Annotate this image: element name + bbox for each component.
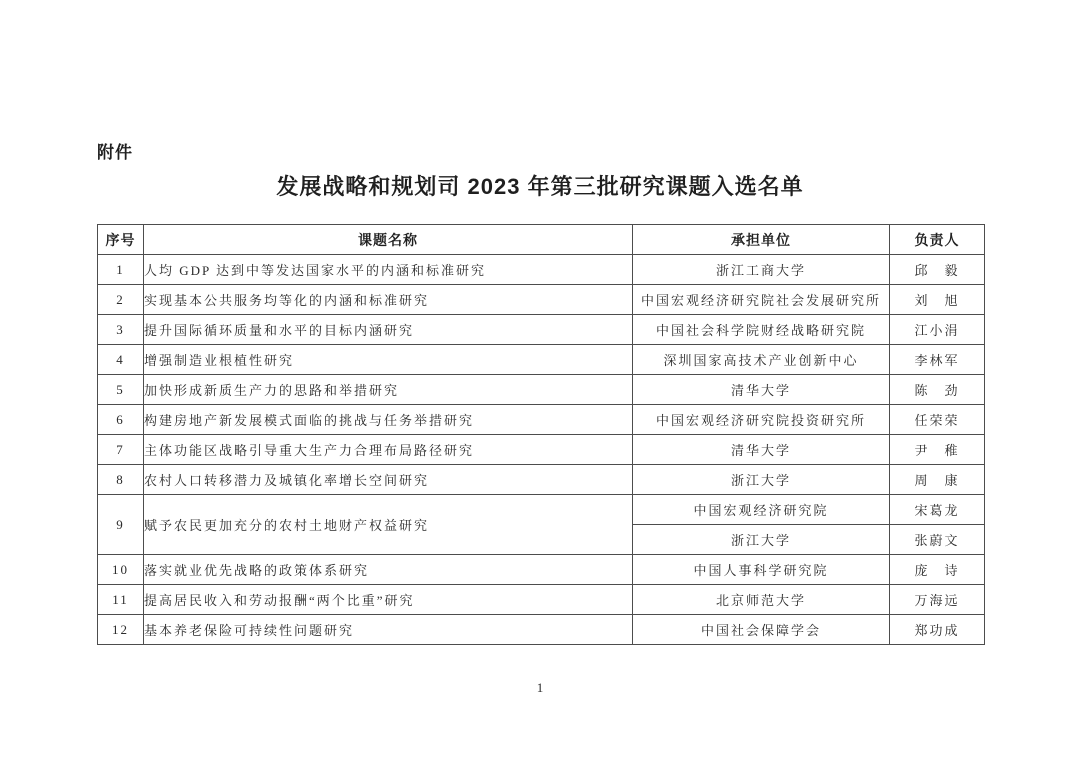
table-row: 1 人均 GDP 达到中等发达国家水平的内涵和标准研究 浙江工商大学 邱 毅 [98, 255, 985, 285]
unit-cell: 深圳国家高技术产业创新中心 [633, 345, 890, 375]
topics-table: 序号 课题名称 承担单位 负责人 1 人均 GDP 达到中等发达国家水平的内涵和… [97, 224, 985, 645]
serial-cell: 5 [98, 375, 144, 405]
serial-cell: 8 [98, 465, 144, 495]
lead-cell: 江小涓 [890, 315, 985, 345]
serial-cell: 2 [98, 285, 144, 315]
topic-cell: 落实就业优先战略的政策体系研究 [144, 555, 633, 585]
serial-cell: 10 [98, 555, 144, 585]
unit-cell: 中国宏观经济研究院投资研究所 [633, 405, 890, 435]
unit-cell: 浙江大学 [633, 465, 890, 495]
lead-cell: 刘 旭 [890, 285, 985, 315]
topic-cell: 人均 GDP 达到中等发达国家水平的内涵和标准研究 [144, 255, 633, 285]
unit-cell: 中国社会科学院财经战略研究院 [633, 315, 890, 345]
serial-cell: 9 [98, 495, 144, 555]
lead-cell: 邱 毅 [890, 255, 985, 285]
lead-cell: 尹 稚 [890, 435, 985, 465]
table-row: 5 加快形成新质生产力的思路和举措研究 清华大学 陈 劲 [98, 375, 985, 405]
serial-cell: 1 [98, 255, 144, 285]
unit-cell: 清华大学 [633, 435, 890, 465]
lead-cell: 张蔚文 [890, 525, 985, 555]
topic-cell: 主体功能区战略引导重大生产力合理布局路径研究 [144, 435, 633, 465]
header-topic: 课题名称 [144, 225, 633, 255]
topic-cell: 构建房地产新发展模式面临的挑战与任务举措研究 [144, 405, 633, 435]
serial-cell: 4 [98, 345, 144, 375]
table-row: 9 赋予农民更加充分的农村土地财产权益研究 中国宏观经济研究院 宋葛龙 [98, 495, 985, 525]
page-number: 1 [0, 680, 1080, 696]
unit-cell: 浙江工商大学 [633, 255, 890, 285]
lead-cell: 任荣荣 [890, 405, 985, 435]
unit-cell: 中国人事科学研究院 [633, 555, 890, 585]
table-row: 12 基本养老保险可持续性问题研究 中国社会保障学会 郑功成 [98, 615, 985, 645]
serial-cell: 3 [98, 315, 144, 345]
document-title: 发展战略和规划司 2023 年第三批研究课题入选名单 [0, 170, 1080, 201]
serial-cell: 6 [98, 405, 144, 435]
table-row: 2 实现基本公共服务均等化的内涵和标准研究 中国宏观经济研究院社会发展研究所 刘… [98, 285, 985, 315]
attachment-label: 附件 [97, 138, 133, 163]
unit-cell: 北京师范大学 [633, 585, 890, 615]
topic-cell: 增强制造业根植性研究 [144, 345, 633, 375]
header-row: 序号 课题名称 承担单位 负责人 [98, 225, 985, 255]
lead-cell: 庞 诗 [890, 555, 985, 585]
table-row: 10 落实就业优先战略的政策体系研究 中国人事科学研究院 庞 诗 [98, 555, 985, 585]
table-row: 8 农村人口转移潜力及城镇化率增长空间研究 浙江大学 周 康 [98, 465, 985, 495]
lead-cell: 郑功成 [890, 615, 985, 645]
lead-cell: 陈 劲 [890, 375, 985, 405]
lead-cell: 万海远 [890, 585, 985, 615]
unit-cell: 中国社会保障学会 [633, 615, 890, 645]
unit-cell: 清华大学 [633, 375, 890, 405]
lead-cell: 李林军 [890, 345, 985, 375]
serial-cell: 7 [98, 435, 144, 465]
topic-cell: 农村人口转移潜力及城镇化率增长空间研究 [144, 465, 633, 495]
table-row: 6 构建房地产新发展模式面临的挑战与任务举措研究 中国宏观经济研究院投资研究所 … [98, 405, 985, 435]
header-unit: 承担单位 [633, 225, 890, 255]
unit-cell: 浙江大学 [633, 525, 890, 555]
table-row: 7 主体功能区战略引导重大生产力合理布局路径研究 清华大学 尹 稚 [98, 435, 985, 465]
topic-cell: 提高居民收入和劳动报酬“两个比重”研究 [144, 585, 633, 615]
serial-cell: 12 [98, 615, 144, 645]
document-page: 附件 发展战略和规划司 2023 年第三批研究课题入选名单 序号 课题名称 承担… [0, 0, 1080, 763]
lead-cell: 周 康 [890, 465, 985, 495]
topic-cell: 赋予农民更加充分的农村土地财产权益研究 [144, 495, 633, 555]
topic-cell: 加快形成新质生产力的思路和举措研究 [144, 375, 633, 405]
header-lead: 负责人 [890, 225, 985, 255]
table-row: 3 提升国际循环质量和水平的目标内涵研究 中国社会科学院财经战略研究院 江小涓 [98, 315, 985, 345]
topic-cell: 基本养老保险可持续性问题研究 [144, 615, 633, 645]
table-row: 4 增强制造业根植性研究 深圳国家高技术产业创新中心 李林军 [98, 345, 985, 375]
table-row: 11 提高居民收入和劳动报酬“两个比重”研究 北京师范大学 万海远 [98, 585, 985, 615]
topic-cell: 实现基本公共服务均等化的内涵和标准研究 [144, 285, 633, 315]
unit-cell: 中国宏观经济研究院 [633, 495, 890, 525]
lead-cell: 宋葛龙 [890, 495, 985, 525]
topic-cell: 提升国际循环质量和水平的目标内涵研究 [144, 315, 633, 345]
unit-cell: 中国宏观经济研究院社会发展研究所 [633, 285, 890, 315]
header-serial: 序号 [98, 225, 144, 255]
serial-cell: 11 [98, 585, 144, 615]
